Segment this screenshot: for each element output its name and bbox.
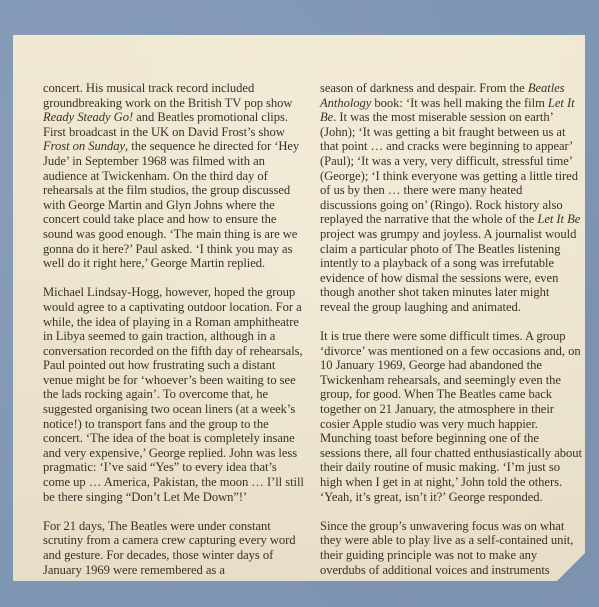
italic-title: Ready Steady Go! bbox=[43, 110, 133, 124]
text-segment: , the sequence he directed for ‘Hey Jude… bbox=[43, 139, 299, 270]
text-segment: For 21 days, The Beatles were under cons… bbox=[43, 519, 296, 577]
text-segment: Michael Lindsay-Hogg, however, hoped the… bbox=[43, 285, 304, 503]
paragraph: concert. His musical track record includ… bbox=[43, 81, 305, 271]
text-column-right: season of darkness and despair. From the… bbox=[320, 81, 582, 592]
text-column-left: concert. His musical track record includ… bbox=[43, 81, 305, 592]
text-segment: concert. His musical track record includ… bbox=[43, 81, 292, 110]
text-segment: . It was the most miserable session on e… bbox=[320, 110, 578, 226]
italic-title: Let It Be bbox=[537, 212, 580, 226]
text-segment: book: ‘It was hell making the film bbox=[371, 96, 548, 110]
text-segment: Since the group’s unwavering focus was o… bbox=[320, 519, 573, 577]
paragraph: It is true there were some difficult tim… bbox=[320, 329, 582, 504]
paper-page: concert. His musical track record includ… bbox=[13, 35, 585, 581]
text-segment: It is true there were some difficult tim… bbox=[320, 329, 582, 504]
paragraph: For 21 days, The Beatles were under cons… bbox=[43, 519, 305, 577]
italic-title: Frost on Sunday bbox=[43, 139, 125, 153]
text-segment: project was grumpy and joyless. A journa… bbox=[320, 227, 576, 314]
paragraph: season of darkness and despair. From the… bbox=[320, 81, 582, 315]
paragraph: Since the group’s unwavering focus was o… bbox=[320, 519, 582, 577]
paragraph: Michael Lindsay-Hogg, however, hoped the… bbox=[43, 285, 305, 504]
text-segment: season of darkness and despair. From the bbox=[320, 81, 528, 95]
